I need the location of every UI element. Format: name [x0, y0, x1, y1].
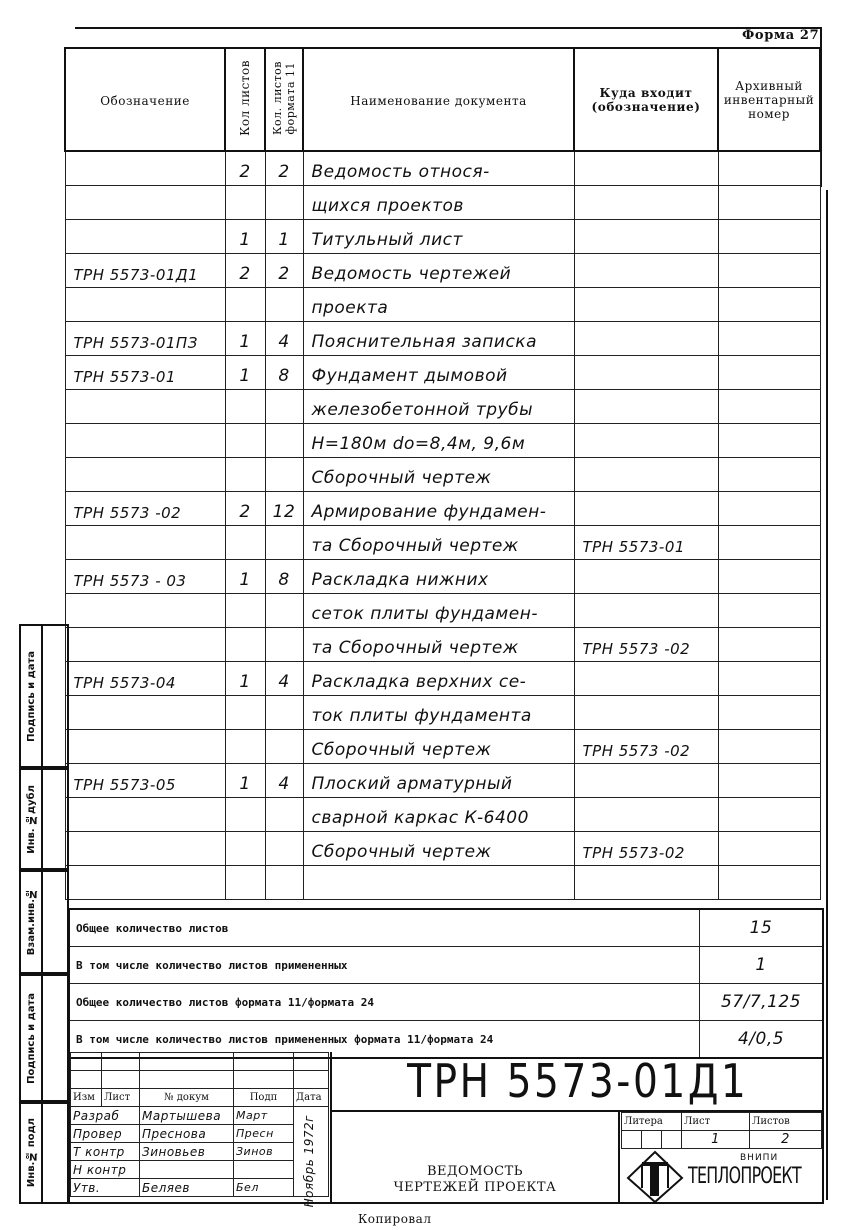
designation-cell: ТРН 5573-01Д1 — [65, 253, 225, 287]
where-used-cell — [574, 457, 718, 491]
where-used-cell — [574, 389, 718, 423]
sheet-count-cell: 2 — [225, 253, 265, 287]
sheet-count-format-cell: 8 — [265, 559, 303, 593]
sheet-count-format-cell — [265, 695, 303, 729]
archive-cell — [718, 219, 820, 253]
frame-right-lower — [826, 190, 828, 1200]
designation-cell: ТРН 5573-01 — [65, 355, 225, 389]
stamp-name: Преснова — [140, 1125, 234, 1143]
sheet-count-cell — [225, 287, 265, 321]
side-blank-1 — [43, 624, 69, 768]
doc-name-cell: Раскладка верхних се- — [303, 661, 574, 695]
header-sheet-count: Кол листов — [225, 48, 265, 151]
sheet-count-format-cell: 4 — [265, 763, 303, 797]
sheet-count-cell — [225, 695, 265, 729]
sheet-label: Лист — [682, 1113, 750, 1131]
doc-name-cell: сеток плиты фундамен- — [303, 593, 574, 627]
sheet-count-cell — [225, 831, 265, 865]
where-used-cell — [574, 219, 718, 253]
sheet-info-table: Литера Лист Листов 1 2 — [621, 1112, 822, 1149]
stamp-name: Беляев — [140, 1179, 234, 1197]
designation-cell — [65, 185, 225, 219]
doc-code-box: ТРН 5573-01Д1 — [330, 1052, 824, 1112]
header-doc-name: Наименование документа — [303, 48, 574, 151]
doc-name-cell: Сборочный чертеж — [303, 729, 574, 763]
org-top-label: ВНИПИ — [740, 1153, 778, 1163]
designation-cell — [65, 627, 225, 661]
sheet-count-cell: 1 — [225, 661, 265, 695]
designation-cell — [65, 695, 225, 729]
doc-name-cell: железобетонной трубы — [303, 389, 574, 423]
designation-cell: ТРН 5573 -02 — [65, 491, 225, 525]
where-used-cell — [574, 763, 718, 797]
stamp-header: Лист — [102, 1089, 140, 1107]
table-row: ТРН 5573-0514Плоский арматурный — [65, 763, 820, 797]
archive-cell — [718, 763, 820, 797]
table-row: железобетонной трубы — [65, 389, 820, 423]
sheet-count-cell — [225, 185, 265, 219]
doc-name-cell: та Сборочный чертеж — [303, 627, 574, 661]
doc-name-cell: Фундамент дымовой — [303, 355, 574, 389]
sheet-count-format-cell — [265, 389, 303, 423]
side-blank-2 — [43, 768, 69, 870]
sheet-count-cell: 1 — [225, 219, 265, 253]
side-sign-date-2: Подпись и дата — [19, 974, 43, 1102]
where-used-cell — [574, 185, 718, 219]
sheet-count-cell: 2 — [225, 491, 265, 525]
stamp-header: Изм — [71, 1089, 102, 1107]
doc-name-cell: Раскладка нижних — [303, 559, 574, 593]
designation-cell — [65, 389, 225, 423]
doc-name-cell: Сборочный чертеж — [303, 831, 574, 865]
doc-name-cell: сварной каркас К-6400 — [303, 797, 574, 831]
doc-name-cell: Ведомость относя- — [303, 151, 574, 185]
designation-cell — [65, 797, 225, 831]
archive-cell — [718, 423, 820, 457]
doc-name-cell: Плоский арматурный — [303, 763, 574, 797]
table-row: сварной каркас К-6400 — [65, 797, 820, 831]
designation-cell — [65, 151, 225, 185]
designation-cell — [65, 593, 225, 627]
table-row: ТРН 5573-01Д122Ведомость чертежей — [65, 253, 820, 287]
sheet-count-cell: 1 — [225, 763, 265, 797]
stamp-name: Зиновьев — [140, 1143, 234, 1161]
header-where-used: Куда входит (обозначение) — [574, 48, 718, 151]
sheets-label: Листов — [750, 1113, 822, 1131]
archive-cell — [718, 593, 820, 627]
sheet-count-format-cell — [265, 185, 303, 219]
doc-name-cell — [303, 865, 574, 899]
doc-name-cell: H=180м do=8,4м, 9,6м — [303, 423, 574, 457]
designation-cell — [65, 865, 225, 899]
where-used-cell — [574, 423, 718, 457]
table-row: сеток плиты фундамен- — [65, 593, 820, 627]
archive-cell — [718, 253, 820, 287]
sheet-count-format-cell — [265, 831, 303, 865]
table-row: ток плиты фундамента — [65, 695, 820, 729]
where-used-cell — [574, 491, 718, 525]
designation-cell: ТРН 5573-05 — [65, 763, 225, 797]
where-used-cell: ТРН 5573-02 — [574, 831, 718, 865]
archive-cell — [718, 661, 820, 695]
stamp-signature: Зинов — [234, 1143, 294, 1161]
designation-cell — [65, 525, 225, 559]
archive-cell — [718, 321, 820, 355]
stamp-date-cell: Ноябрь 1972г — [294, 1107, 329, 1197]
drawings-table: Обозначение Кол листов Кол. листовформат… — [64, 47, 821, 900]
sheet-count-format-cell: 1 — [265, 219, 303, 253]
stamp-role: Т контр — [71, 1143, 140, 1161]
doc-name-cell: Пояснительная записка — [303, 321, 574, 355]
archive-cell — [718, 831, 820, 865]
table-row: 22Ведомость относя- — [65, 151, 820, 185]
where-used-cell — [574, 151, 718, 185]
table-row: та Сборочный чертежТРН 5573-01 — [65, 525, 820, 559]
table-row: ТРН 5573-0414Раскладка верхних се- — [65, 661, 820, 695]
side-blank-5 — [43, 1102, 69, 1204]
sheet-count-cell — [225, 593, 265, 627]
sheet-count-format-cell — [265, 593, 303, 627]
totals-row: Общее количество листов формата 11/форма… — [70, 984, 822, 1021]
doc-name-cell: Сборочный чертеж — [303, 457, 574, 491]
doc-title-box: ВЕДОМОСТЬ ЧЕРТЕЖЕЙ ПРОЕКТА — [330, 1112, 620, 1204]
sheet-count-format-cell — [265, 627, 303, 661]
sheet-count-format-cell: 12 — [265, 491, 303, 525]
sheet-count-cell: 1 — [225, 559, 265, 593]
where-used-cell: ТРН 5573-01 — [574, 525, 718, 559]
archive-cell — [718, 797, 820, 831]
archive-cell — [718, 185, 820, 219]
doc-name-cell: щихся проектов — [303, 185, 574, 219]
where-used-cell — [574, 253, 718, 287]
where-used-cell — [574, 287, 718, 321]
archive-cell — [718, 151, 820, 185]
sheet-value: 1 — [682, 1131, 750, 1149]
doc-name-cell: Армирование фундамен- — [303, 491, 574, 525]
designation-cell — [65, 831, 225, 865]
sheet-count-format-cell: 4 — [265, 321, 303, 355]
sheet-count-format-cell — [265, 797, 303, 831]
stamp-signature: Бел — [234, 1179, 294, 1197]
archive-cell — [718, 525, 820, 559]
signature-table: Изм Лист № докум Подп Дата Разраб Мартыш… — [70, 1052, 329, 1197]
where-used-cell — [574, 559, 718, 593]
table-row: Сборочный чертеж — [65, 457, 820, 491]
doc-name-cell: проекта — [303, 287, 574, 321]
org-name: ТЕПЛОПРОЕКТ — [688, 1164, 801, 1189]
teploproekt-logo-icon — [624, 1150, 686, 1204]
header-designation: Обозначение — [65, 48, 225, 151]
totals-row: Общее количество листов15 — [70, 910, 822, 947]
side-blank-3 — [43, 870, 69, 974]
sheet-count-cell: 2 — [225, 151, 265, 185]
doc-code: ТРН 5573-01Д1 — [407, 1054, 748, 1108]
table-row: проекта — [65, 287, 820, 321]
table-row: H=180м do=8,4м, 9,6м — [65, 423, 820, 457]
table-row: ТРН 5573 -02212Армирование фундамен- — [65, 491, 820, 525]
sheet-count-cell — [225, 865, 265, 899]
sheet-count-cell — [225, 423, 265, 457]
sheet-count-format-cell: 8 — [265, 355, 303, 389]
sheet-count-format-cell — [265, 865, 303, 899]
where-used-cell — [574, 865, 718, 899]
where-used-cell — [574, 661, 718, 695]
frame-top — [75, 27, 820, 29]
sheet-count-format-cell — [265, 423, 303, 457]
header-sheet-count-format: Кол. листовформата 11 — [265, 48, 303, 151]
copied-label: Копировал — [358, 1212, 431, 1226]
litera-label: Литера — [622, 1113, 682, 1131]
sheets-value: 2 — [750, 1131, 822, 1149]
designation-cell: ТРН 5573 - 03 — [65, 559, 225, 593]
sheet-count-cell: 1 — [225, 355, 265, 389]
archive-cell — [718, 695, 820, 729]
stamp-signature: Март — [234, 1107, 294, 1125]
table-row: ТРН 5573-01ПЗ14Пояснительная записка — [65, 321, 820, 355]
designation-cell — [65, 457, 225, 491]
designation-cell — [65, 423, 225, 457]
archive-cell — [718, 559, 820, 593]
doc-title-line1: ВЕДОМОСТЬ — [332, 1164, 618, 1179]
side-inv-orig: Инв.№ подл — [19, 1102, 43, 1204]
form-label: Форма 27 — [742, 28, 819, 43]
sheet-count-cell — [225, 729, 265, 763]
table-row: ТРН 5573 - 0318Раскладка нижних — [65, 559, 820, 593]
designation-cell: ТРН 5573-04 — [65, 661, 225, 695]
table-row: Сборочный чертежТРН 5573 -02 — [65, 729, 820, 763]
table-row — [65, 865, 820, 899]
sheet-count-format-cell: 4 — [265, 661, 303, 695]
where-used-cell: ТРН 5573 -02 — [574, 729, 718, 763]
table-row: 11Титульный лист — [65, 219, 820, 253]
totals-row: В том числе количество листов примененны… — [70, 947, 822, 984]
doc-name-cell: Ведомость чертежей — [303, 253, 574, 287]
stamp-header: Дата — [294, 1089, 329, 1107]
archive-cell — [718, 457, 820, 491]
header-archive: Архивный инвентарный номер — [718, 48, 820, 151]
archive-cell — [718, 287, 820, 321]
archive-cell — [718, 491, 820, 525]
sheet-count-format-cell — [265, 457, 303, 491]
sheet-count-cell — [225, 525, 265, 559]
totals-block: Общее количество листов15 В том числе ко… — [68, 908, 824, 1059]
where-used-cell — [574, 355, 718, 389]
stamp-signature: Пресн — [234, 1125, 294, 1143]
sheet-count-format-cell: 2 — [265, 253, 303, 287]
side-inv-dup: Инв. №дубл — [19, 768, 43, 870]
archive-cell — [718, 627, 820, 661]
stamp-role: Разраб — [71, 1107, 140, 1125]
where-used-cell: ТРН 5573 -02 — [574, 627, 718, 661]
sheet-count-cell — [225, 457, 265, 491]
table-row: Сборочный чертежТРН 5573-02 — [65, 831, 820, 865]
archive-cell — [718, 865, 820, 899]
sheet-count-format-cell — [265, 729, 303, 763]
doc-name-cell: та Сборочный чертеж — [303, 525, 574, 559]
designation-cell — [65, 287, 225, 321]
stamp-role: Утв. — [71, 1179, 140, 1197]
stamp-name — [140, 1161, 234, 1179]
archive-cell — [718, 389, 820, 423]
side-blank-4 — [43, 974, 69, 1102]
sheet-count-cell — [225, 627, 265, 661]
stamp-role: Провер — [71, 1125, 140, 1143]
archive-cell — [718, 355, 820, 389]
archive-cell — [718, 729, 820, 763]
stamp-header: № докум — [140, 1089, 234, 1107]
side-replace-inv: Взам.инв.№ — [19, 870, 43, 974]
sheet-count-cell — [225, 389, 265, 423]
sheet-count-format-cell — [265, 525, 303, 559]
where-used-cell — [574, 797, 718, 831]
side-sign-date: Подпись и дата — [19, 624, 43, 768]
table-row: ТРН 5573-0118Фундамент дымовой — [65, 355, 820, 389]
sheet-count-cell: 1 — [225, 321, 265, 355]
doc-title-line2: ЧЕРТЕЖЕЙ ПРОЕКТА — [332, 1180, 618, 1195]
designation-cell: ТРН 5573-01ПЗ — [65, 321, 225, 355]
sheet-count-cell — [225, 797, 265, 831]
doc-name-cell: ток плиты фундамента — [303, 695, 574, 729]
designation-cell — [65, 729, 225, 763]
stamp-role: Н контр — [71, 1161, 140, 1179]
where-used-cell — [574, 321, 718, 355]
org-logo: ВНИПИ ТЕПЛОПРОЕКТ — [622, 1150, 822, 1204]
table-row: та Сборочный чертежТРН 5573 -02 — [65, 627, 820, 661]
stamp-header: Подп — [234, 1089, 294, 1107]
doc-name-cell: Титульный лист — [303, 219, 574, 253]
designation-cell — [65, 219, 225, 253]
sheet-count-format-cell: 2 — [265, 151, 303, 185]
where-used-cell — [574, 593, 718, 627]
table-row: щихся проектов — [65, 185, 820, 219]
stamp-name: Мартышева — [140, 1107, 234, 1125]
where-used-cell — [574, 695, 718, 729]
sheet-count-format-cell — [265, 287, 303, 321]
stamp-signature — [234, 1161, 294, 1179]
